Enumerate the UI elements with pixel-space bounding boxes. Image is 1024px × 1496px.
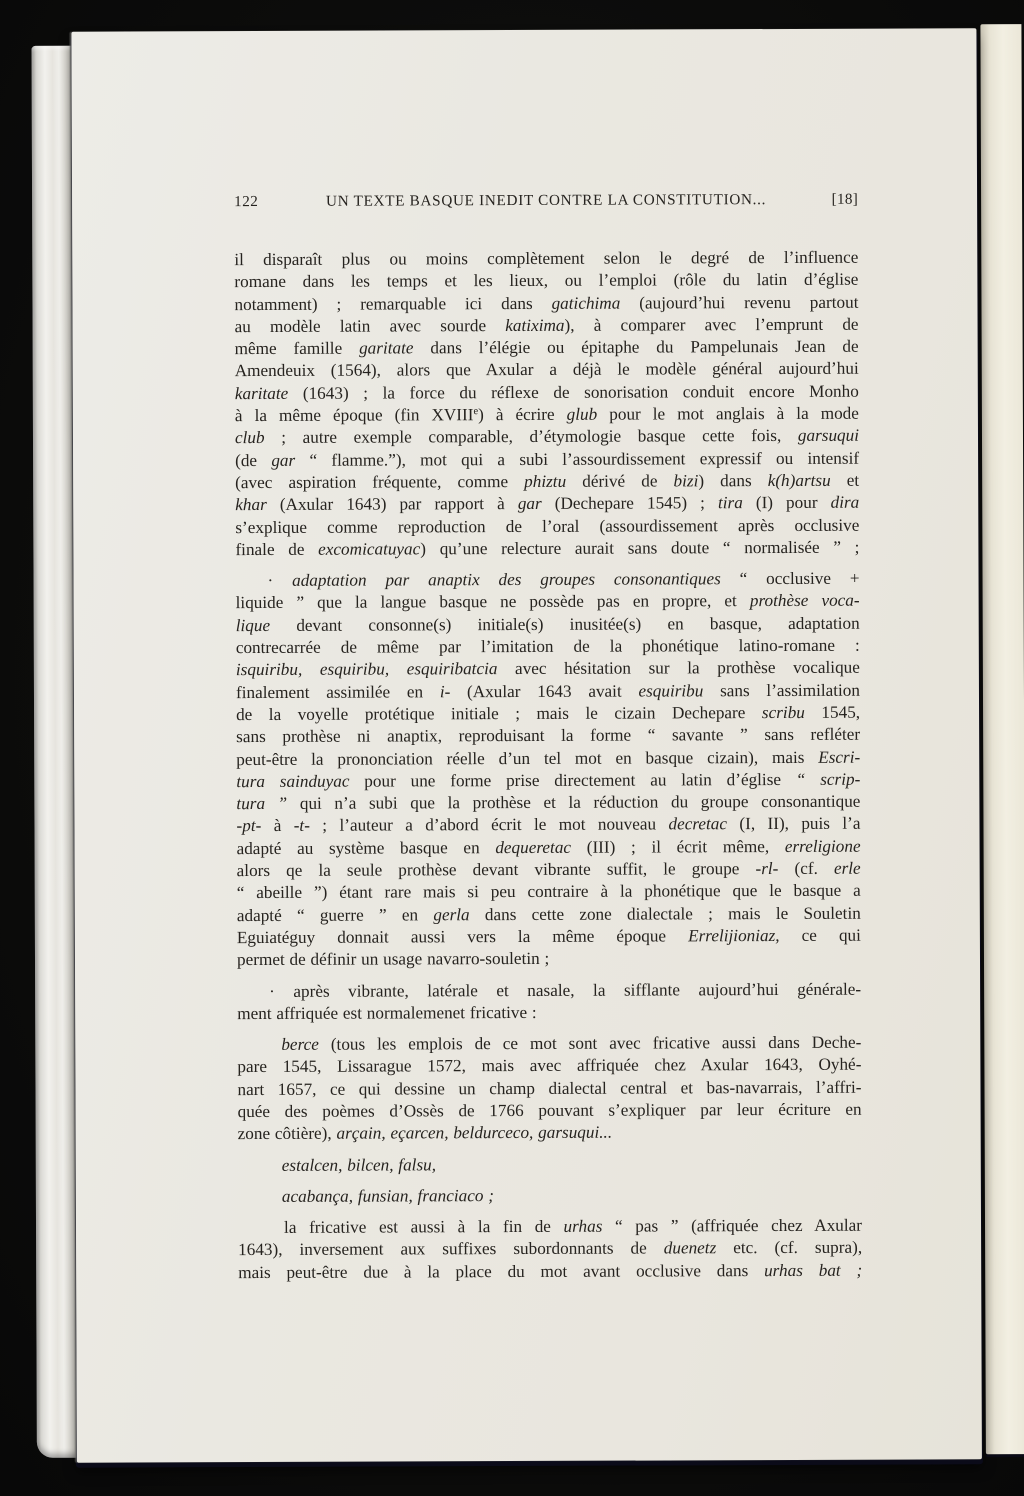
text-segment: garsuqui bbox=[798, 426, 859, 445]
text-segment: (I, II), puis l’a bbox=[727, 814, 861, 834]
text-segment: etc. (cf. supra), bbox=[716, 1238, 862, 1258]
text-segment: (1643) ; la force du réflexe de sonorisa… bbox=[288, 381, 859, 402]
text-line: à la même époque (fin XVIIIe) à écrire g… bbox=[235, 403, 859, 428]
paragraph: la fricative est aussi à la fin de urhas… bbox=[238, 1215, 862, 1284]
text-segment: ; autre exemple comparable, d’étymologie… bbox=[265, 426, 798, 447]
text-line: adapté “ guerre ” en gerla dans cette zo… bbox=[237, 902, 861, 927]
text-segment: · bbox=[268, 571, 293, 590]
text-segment: gar bbox=[271, 451, 295, 470]
text-segment: acabança, funsian, franciaco ; bbox=[282, 1186, 494, 1206]
text-segment: gar bbox=[518, 494, 542, 513]
text-line: 1643), inversement aux suffixes subordon… bbox=[238, 1237, 862, 1262]
page-body: il disparaît plus ou moins complètement … bbox=[234, 247, 862, 1284]
text-line: zone côtière), arçain, eçarcen, beldurce… bbox=[238, 1121, 862, 1146]
text-segment: i- bbox=[440, 682, 451, 701]
text-line: isquiribu, esquiribu, esquiribatcia avec… bbox=[236, 657, 860, 682]
text-segment: -t- bbox=[294, 816, 310, 835]
text-line: permet de définir un usage navarro-soule… bbox=[237, 947, 861, 972]
text-segment: erreligione bbox=[785, 836, 861, 855]
text-segment: gatichima bbox=[552, 293, 621, 312]
text-line: de la voyelle protétique initiale ; mais… bbox=[236, 702, 860, 727]
text-segment: ), à comparer avec l’emprunt de bbox=[564, 315, 858, 335]
paragraph: il disparaît plus ou moins complètement … bbox=[234, 247, 859, 562]
text-segment: scribu bbox=[762, 703, 805, 722]
text-segment: la fricative est aussi à la fin de bbox=[284, 1217, 564, 1237]
text-segment: avec hésitation sur la prothèse vocaliqu… bbox=[497, 658, 860, 678]
text-segment: à la même époque (fin XVIII bbox=[235, 405, 474, 425]
text-segment: dans cette zone dialectale ; mais le Sou… bbox=[470, 903, 861, 924]
scanner-backdrop: 122 UN TEXTE BASQUE INEDIT CONTRE LA CON… bbox=[0, 0, 1024, 1496]
text-segment: (Dechepare 1545) ; bbox=[542, 494, 718, 514]
text-line: finalement assimilée en i- (Axular 1643 … bbox=[236, 679, 860, 704]
paragraph: acabança, funsian, franciaco ; bbox=[238, 1184, 862, 1209]
text-segment: Escri- bbox=[818, 747, 860, 766]
text-segment: urhas bbox=[563, 1217, 602, 1236]
text-line: nart 1657, ce qui dessine un champ diale… bbox=[237, 1076, 861, 1101]
text-line: mais peut-être due à la place du mot ava… bbox=[238, 1259, 862, 1284]
text-segment: “ scrip- bbox=[796, 770, 861, 789]
text-segment: et bbox=[831, 471, 860, 490]
text-line: au modèle latin avec sourde katixima), à… bbox=[235, 314, 859, 339]
text-segment: (cf. bbox=[778, 859, 834, 878]
text-segment: (de bbox=[235, 451, 271, 470]
text-segment: liquide ” que la langue basque ne possèd… bbox=[236, 592, 750, 613]
text-segment: berce bbox=[281, 1035, 319, 1054]
text-segment: de la voyelle protétique initiale ; mais… bbox=[236, 703, 762, 724]
text-segment: phiztu bbox=[524, 472, 566, 491]
text-line: tura ” qui n’a subi que la prothèse et l… bbox=[236, 791, 860, 816]
text-segment: romane dans les temps et les lieux, ou l… bbox=[234, 270, 858, 291]
text-segment: tira bbox=[718, 493, 743, 512]
text-segment: ; l’auteur a d’abord écrit le mot nouvea… bbox=[310, 815, 669, 835]
text-segment: zone côtière), bbox=[238, 1124, 337, 1143]
text-line: liquide ” que la langue basque ne possèd… bbox=[236, 590, 860, 615]
text-segment: adaptation par anaptix des groupes conso… bbox=[292, 569, 721, 590]
text-line: quée des poèmes d’Ossès de 1766 pouvant … bbox=[238, 1099, 862, 1124]
text-segment: decretac bbox=[668, 815, 727, 834]
paragraph: berce (tous les emplois de ce mot sont a… bbox=[237, 1032, 861, 1146]
text-segment: arçain, eçarcen, beldurceco, garsuqui... bbox=[336, 1123, 612, 1143]
text-line: (avec aspiration fréquente, comme phiztu… bbox=[235, 470, 859, 495]
text-segment: adapté “ guerre ” en bbox=[237, 905, 434, 925]
text-segment: ment affriquée est normalemenet fricativ… bbox=[237, 1003, 537, 1023]
text-segment: Errelijioniaz, bbox=[688, 926, 780, 945]
text-segment: Eguiatéguy donnait aussi vers la même ép… bbox=[237, 926, 688, 947]
text-segment: s’explique comme reproduction de l’oral … bbox=[235, 515, 859, 536]
text-segment: qui n’a subi que la prothèse et la réduc… bbox=[287, 792, 860, 813]
text-segment: sans l’assimilation bbox=[703, 680, 860, 700]
text-line: khar (Axular 1643) par rapport à gar (De… bbox=[235, 492, 859, 517]
text-segment: -pt- bbox=[236, 816, 261, 835]
text-segment: il disparaît plus ou moins complètement … bbox=[234, 248, 858, 269]
text-segment: duenetz bbox=[664, 1239, 717, 1258]
text-segment: (tous les emplois de ce mot sont avec fr… bbox=[319, 1033, 862, 1054]
text-segment: lique bbox=[236, 616, 270, 635]
text-line: adapté au système basque en dequeretac (… bbox=[237, 835, 861, 860]
text-segment: pare 1545, Lissarague 1572, mais avec af… bbox=[237, 1055, 861, 1076]
open-book: 122 UN TEXTE BASQUE INEDIT CONTRE LA CON… bbox=[0, 0, 1024, 1496]
text-segment: 1545, bbox=[805, 703, 860, 722]
text-line: il disparaît plus ou moins complètement … bbox=[234, 247, 858, 272]
paragraph: estalcen, bilcen, falsu, bbox=[238, 1152, 862, 1177]
text-segment: devant consonne(s) initiale(s) inusitée(… bbox=[270, 613, 860, 634]
text-segment: permet de définir un usage navarro-soule… bbox=[237, 949, 549, 969]
text-segment: finalement assimilée en bbox=[236, 682, 440, 702]
text-line: s’explique comme reproduction de l’oral … bbox=[235, 514, 859, 539]
text-segment: “ occlusive + bbox=[721, 569, 860, 589]
text-line: estalcen, bilcen, falsu, bbox=[238, 1152, 862, 1177]
text-segment: à bbox=[261, 816, 293, 835]
text-segment: dérivé de bbox=[566, 471, 673, 490]
text-segment: nart 1657, ce qui dessine un champ diale… bbox=[237, 1077, 861, 1098]
text-segment: excomicatuyac bbox=[318, 539, 420, 558]
text-line: pare 1545, Lissarague 1572, mais avec af… bbox=[237, 1054, 861, 1079]
page-header: 122 UN TEXTE BASQUE INEDIT CONTRE LA CON… bbox=[234, 191, 858, 211]
text-line: Eguiatéguy donnait aussi vers la même ép… bbox=[237, 925, 861, 950]
text-line: la fricative est aussi à la fin de urhas… bbox=[238, 1215, 862, 1240]
text-segment: peut-être la prononciation réelle d’un t… bbox=[236, 747, 818, 768]
text-segment: esquiribu bbox=[638, 681, 703, 700]
text-segment: même famille bbox=[235, 339, 359, 358]
text-line: ment affriquée est normalemenet fricativ… bbox=[237, 1000, 861, 1025]
text-segment: karitate bbox=[235, 384, 289, 403]
text-segment: ) dans bbox=[698, 471, 767, 490]
text-segment: garitate bbox=[359, 339, 414, 358]
text-segment: au modèle latin avec sourde bbox=[235, 316, 506, 336]
text-segment: ) à écrire bbox=[478, 405, 567, 424]
text-segment: katixima bbox=[505, 316, 564, 335]
text-line: contrecarrée de même par l’imitation de … bbox=[236, 635, 860, 660]
text-segment: (aujourd’hui revenu partout bbox=[620, 292, 858, 312]
text-line: peut-être la prononciation réelle d’un t… bbox=[236, 746, 860, 771]
text-segment: alors qe la seule prothèse devant vibran… bbox=[237, 859, 756, 880]
text-line: finale de excomicatuyac) qu’une relectur… bbox=[235, 537, 859, 562]
text-segment: k(h)artsu bbox=[768, 471, 831, 490]
text-segment: dequeretac bbox=[495, 838, 571, 857]
text-segment: · après vibrante, latérale et nasale, la… bbox=[269, 979, 861, 1000]
text-line: notamment) ; remarquable ici dans gatich… bbox=[234, 291, 858, 316]
text-line: -pt- à -t- ; l’auteur a d’abord écrit le… bbox=[236, 813, 860, 838]
text-line: · adaptation par anaptix des groupes con… bbox=[235, 568, 859, 593]
text-segment: (I) pour bbox=[743, 493, 831, 512]
paragraph: · adaptation par anaptix des groupes con… bbox=[235, 568, 861, 972]
bracket-page-number: [18] bbox=[774, 191, 858, 209]
paragraph: · après vibrante, latérale et nasale, la… bbox=[237, 978, 861, 1025]
text-segment: estalcen, bilcen, falsu, bbox=[282, 1155, 436, 1175]
text-segment: dans l’élégie ou épitaphe du Pampelunais… bbox=[413, 337, 858, 358]
text-line: club ; autre exemple comparable, d’étymo… bbox=[235, 425, 859, 450]
text-segment: “ abeille ”) étant rare mais si peu cont… bbox=[237, 881, 861, 902]
page-number: 122 bbox=[234, 193, 318, 211]
text-segment: pour une forme prise directement au lati… bbox=[349, 770, 795, 791]
text-line: lique devant consonne(s) initiale(s) inu… bbox=[236, 612, 860, 637]
text-line: berce (tous les emplois de ce mot sont a… bbox=[237, 1032, 861, 1057]
text-segment: isquiribu, esquiribu, esquiribatcia bbox=[236, 659, 498, 679]
text-segment: (III) ; il écrit même, bbox=[571, 837, 785, 857]
text-segment: sans prothèse ni anaptix, reproduisant l… bbox=[236, 725, 860, 746]
text-line: romane dans les temps et les lieux, ou l… bbox=[234, 269, 858, 294]
text-segment: bizi bbox=[673, 471, 698, 490]
text-segment: adapté au système basque en bbox=[237, 838, 496, 858]
next-page-edge bbox=[980, 24, 1024, 1454]
text-segment: quée des poèmes d’Ossès de 1766 pouvant … bbox=[238, 1100, 862, 1121]
text-segment: notamment) ; remarquable ici dans bbox=[234, 293, 551, 313]
text-segment: contrecarrée de même par l’imitation de … bbox=[236, 636, 860, 657]
text-line: “ abeille ”) étant rare mais si peu cont… bbox=[237, 880, 861, 905]
running-title: UN TEXTE BASQUE INEDIT CONTRE LA CONSTIT… bbox=[318, 191, 774, 211]
text-segment: ) qu’une relecture aurait sans doute “ n… bbox=[420, 538, 859, 559]
page-content: 122 UN TEXTE BASQUE INEDIT CONTRE LA CON… bbox=[234, 191, 862, 1293]
text-line: sans prothèse ni anaptix, reproduisant l… bbox=[236, 724, 860, 749]
text-segment: erle bbox=[834, 859, 861, 878]
text-line: acabança, funsian, franciaco ; bbox=[238, 1184, 862, 1209]
text-line: · après vibrante, latérale et nasale, la… bbox=[237, 978, 861, 1003]
text-segment: gerla bbox=[433, 905, 469, 924]
text-segment: “ pas ” (affriquée chez Axular bbox=[602, 1216, 862, 1236]
text-segment: glub bbox=[567, 405, 598, 424]
text-line: alors qe la seule prothèse devant vibran… bbox=[237, 858, 861, 883]
text-segment: prothèse voca- bbox=[750, 591, 860, 610]
text-segment: (Axular 1643 avait bbox=[450, 681, 638, 701]
text-segment: club bbox=[235, 428, 265, 447]
text-line: Amendeuix (1564), alors que Axular a déj… bbox=[235, 358, 859, 383]
text-segment: (Axular 1643) par rapport à bbox=[267, 494, 518, 514]
text-segment: ce qui bbox=[780, 926, 861, 945]
text-segment: -rl- bbox=[755, 859, 778, 878]
text-line: même famille garitate dans l’élégie ou é… bbox=[235, 336, 859, 361]
text-segment: urhas bat ; bbox=[764, 1260, 862, 1279]
text-line: (de gar “ flamme.”), mot qui a subi l’as… bbox=[235, 447, 859, 472]
text-line: tura sainduyac pour une forme prise dire… bbox=[236, 769, 860, 794]
text-segment: dira bbox=[831, 493, 860, 512]
text-segment: mais peut-être due à la place du mot ava… bbox=[238, 1261, 764, 1282]
book-page: 122 UN TEXTE BASQUE INEDIT CONTRE LA CON… bbox=[71, 28, 981, 1462]
text-segment: Amendeuix (1564), alors que Axular a déj… bbox=[235, 359, 859, 380]
text-segment: pour le mot anglais à la mode bbox=[597, 404, 859, 424]
text-segment: tura sainduyac bbox=[236, 771, 349, 790]
text-segment: 1643), inversement aux suffixes subordon… bbox=[238, 1239, 664, 1260]
text-segment: khar bbox=[235, 495, 267, 514]
text-segment: tura ” bbox=[236, 794, 287, 813]
text-segment: (avec aspiration fréquente, comme bbox=[235, 472, 524, 492]
text-segment: “ flamme.”), mot qui a subi l’assourdiss… bbox=[295, 448, 859, 469]
text-segment: finale de bbox=[235, 540, 318, 559]
text-line: karitate (1643) ; la force du réflexe de… bbox=[235, 380, 859, 405]
